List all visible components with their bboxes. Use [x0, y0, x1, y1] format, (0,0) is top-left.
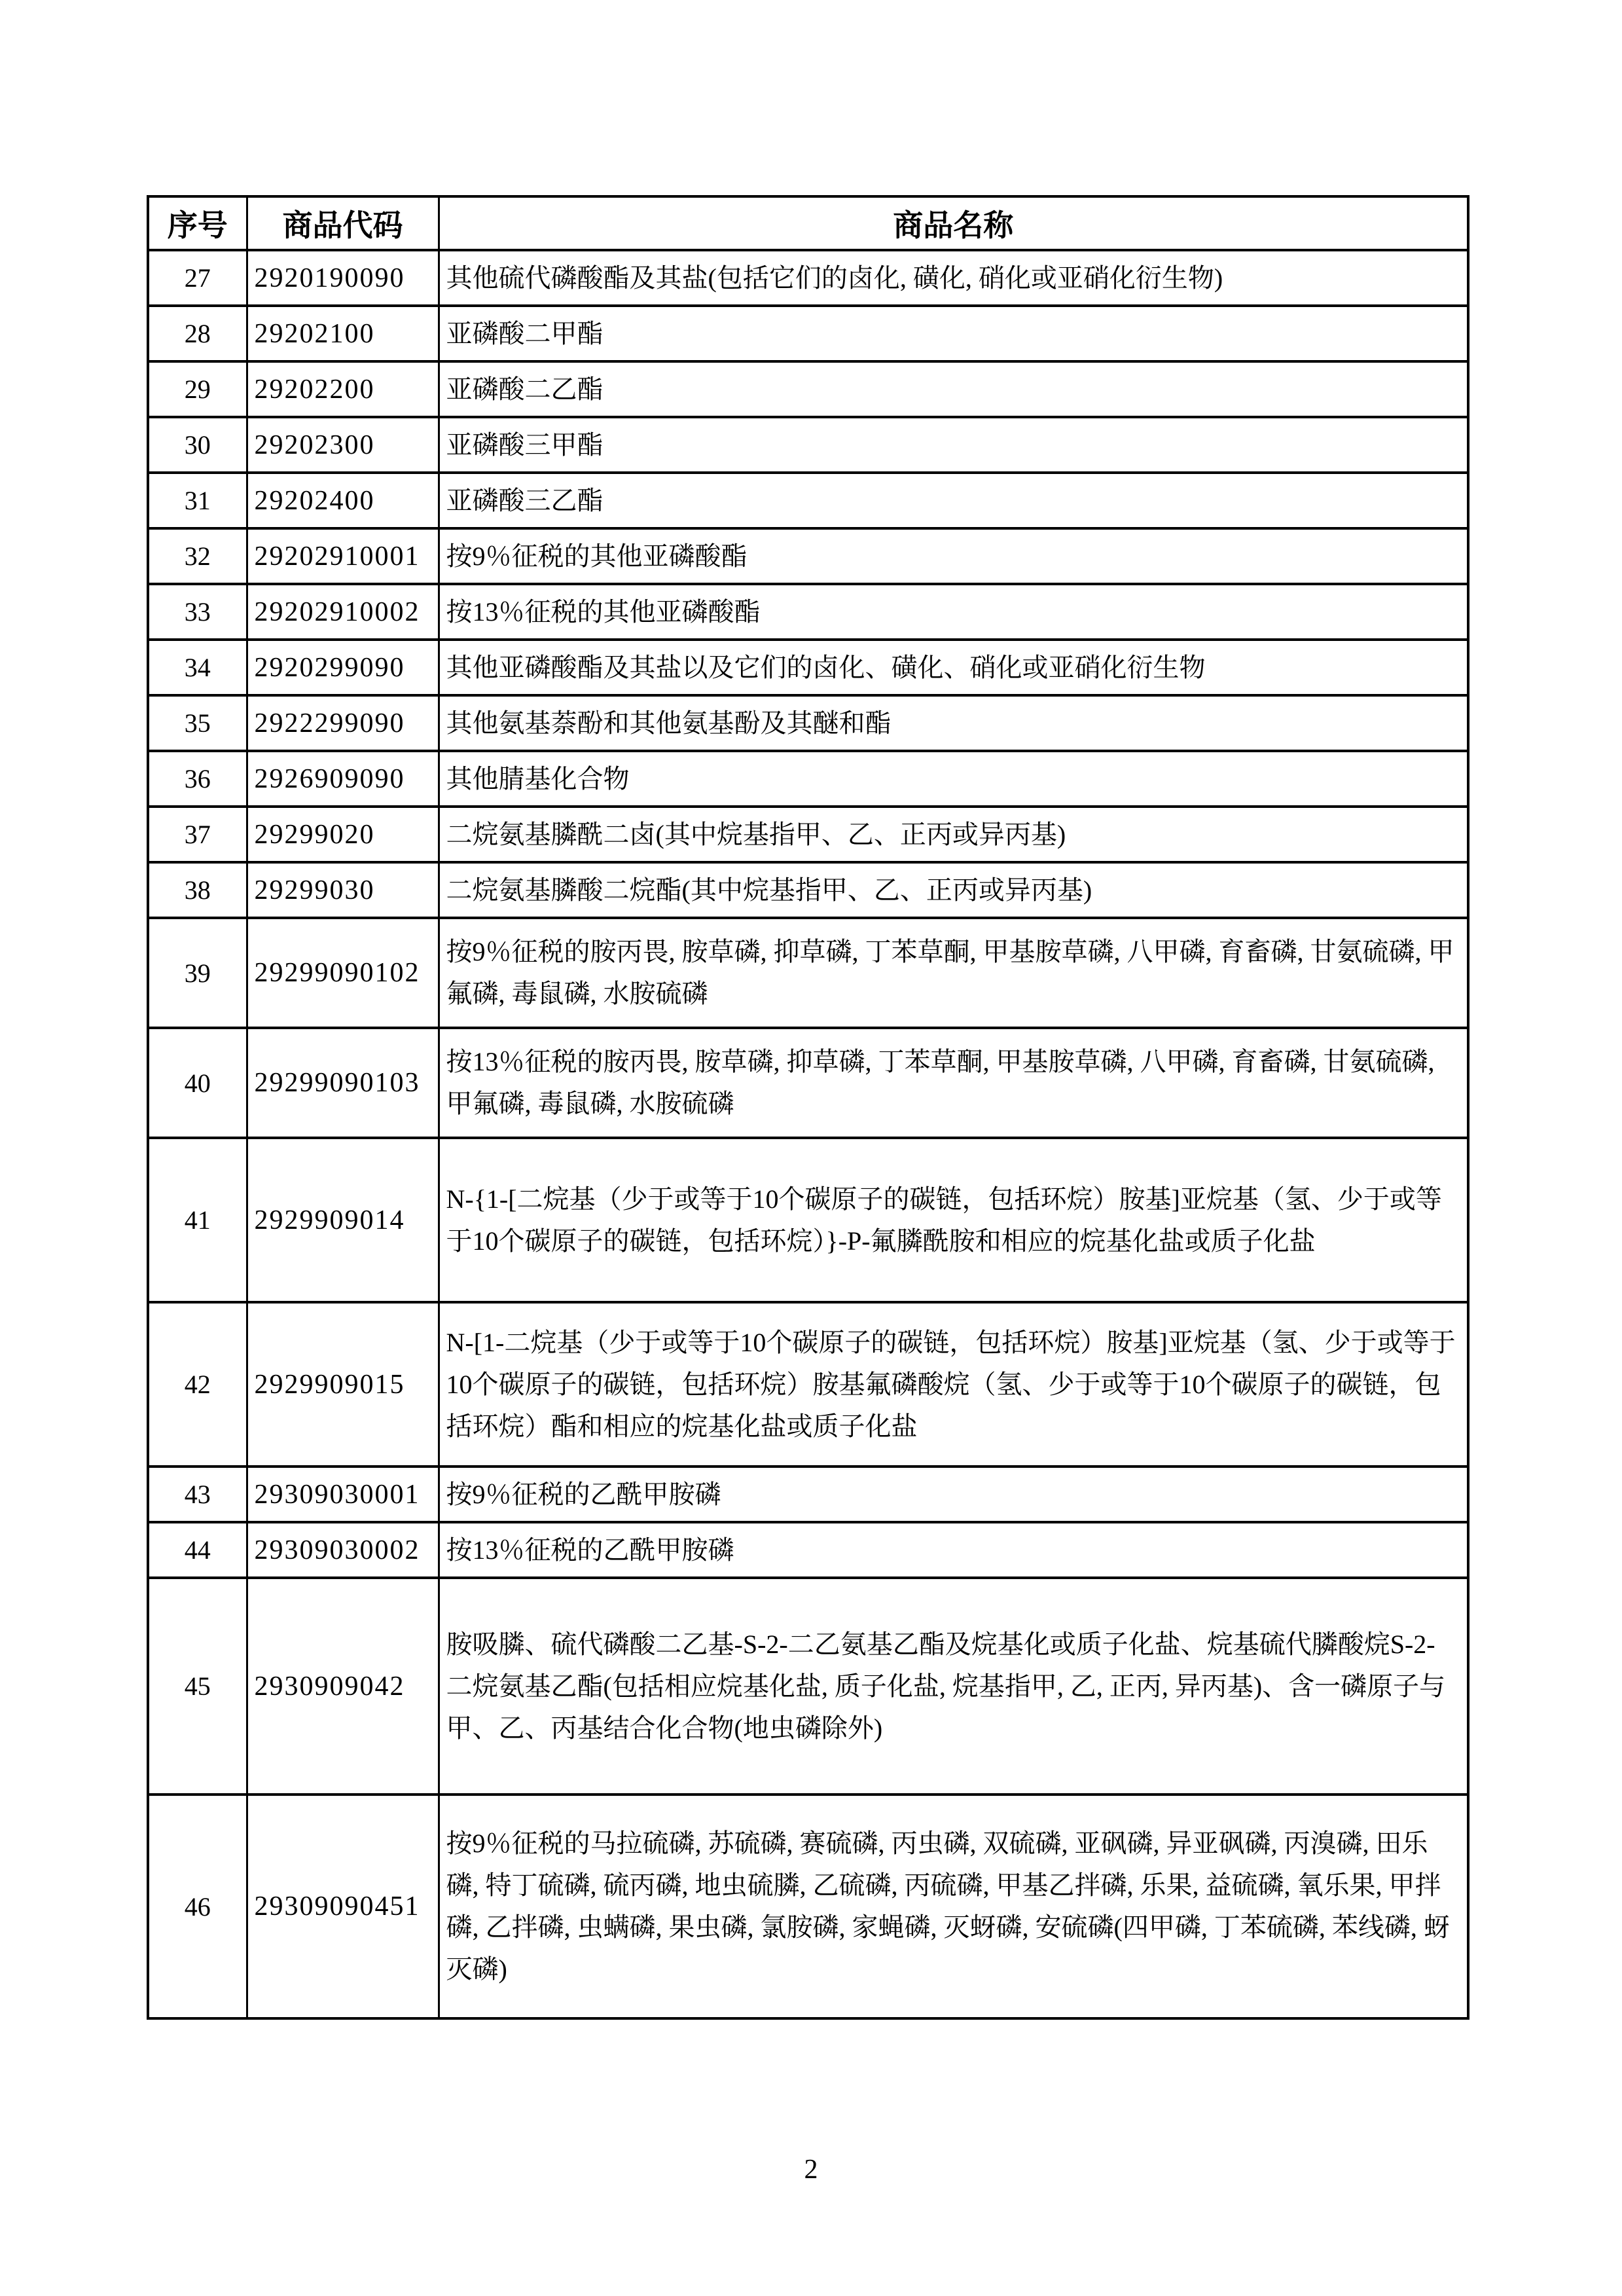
serial-cell: 45	[148, 1578, 247, 1795]
serial-cell: 31	[148, 473, 247, 528]
serial-cell: 29	[148, 361, 247, 417]
name-cell: 其他腈基化合物	[439, 751, 1468, 807]
serial-cell: 28	[148, 306, 247, 361]
table-row: 362926909090其他腈基化合物	[148, 751, 1468, 807]
name-cell: 按13％征税的胺丙畏, 胺草磷, 抑草磷, 丁苯草酮, 甲基胺草磷, 八甲磷, …	[439, 1028, 1468, 1138]
name-cell: 胺吸膦、硫代磷酸二乙基-S-2-二乙氨基乙酯及烷基化或质子化盐、烷基硫代膦酸烷S…	[439, 1578, 1468, 1795]
name-cell: 按9％征税的其他亚磷酸酯	[439, 528, 1468, 584]
table-row: 3929299090102按9％征税的胺丙畏, 胺草磷, 抑草磷, 丁苯草酮, …	[148, 918, 1468, 1028]
col-header-code: 商品代码	[247, 196, 439, 250]
name-cell: 其他氨基萘酚和其他氨基酚及其醚和酯	[439, 695, 1468, 751]
code-cell: 29299090102	[247, 918, 439, 1028]
table-row: 452930909042胺吸膦、硫代磷酸二乙基-S-2-二乙氨基乙酯及烷基化或质…	[148, 1578, 1468, 1795]
code-cell: 29202400	[247, 473, 439, 528]
serial-cell: 40	[148, 1028, 247, 1138]
table-row: 4329309030001按9％征税的乙酰甲胺磷	[148, 1467, 1468, 1522]
serial-cell: 30	[148, 417, 247, 473]
table-row: 412929909014N-{1-[二烷基（少于或等于10个碳原子的碳链，包括环…	[148, 1138, 1468, 1302]
header-row: 序号 商品代码 商品名称	[148, 196, 1468, 250]
name-cell: 其他亚磷酸酯及其盐以及它们的卤化、磺化、硝化或亚硝化衍生物	[439, 640, 1468, 695]
serial-cell: 36	[148, 751, 247, 807]
serial-cell: 27	[148, 250, 247, 306]
col-header-serial: 序号	[148, 196, 247, 250]
serial-cell: 44	[148, 1522, 247, 1578]
table-row: 342920299090其他亚磷酸酯及其盐以及它们的卤化、磺化、硝化或亚硝化衍生…	[148, 640, 1468, 695]
serial-cell: 41	[148, 1138, 247, 1302]
name-cell: 按13％征税的乙酰甲胺磷	[439, 1522, 1468, 1578]
table-row: 352922299090其他氨基萘酚和其他氨基酚及其醚和酯	[148, 695, 1468, 751]
code-cell: 2926909090	[247, 751, 439, 807]
code-cell: 29202200	[247, 361, 439, 417]
code-cell: 29309090451	[247, 1795, 439, 2018]
code-cell: 2920299090	[247, 640, 439, 695]
table-row: 2829202100亚磷酸二甲酯	[148, 306, 1468, 361]
serial-cell: 43	[148, 1467, 247, 1522]
name-cell: 二烷氨基膦酸二烷酯(其中烷基指甲、乙、正丙或异丙基)	[439, 862, 1468, 918]
code-cell: 2930909042	[247, 1578, 439, 1795]
code-cell: 29309030002	[247, 1522, 439, 1578]
serial-cell: 33	[148, 584, 247, 640]
document-page: 序号 商品代码 商品名称 272920190090其他硫代磷酸酯及其盐(包括它们…	[0, 0, 1622, 2296]
code-cell: 29202910002	[247, 584, 439, 640]
table-row: 4429309030002按13％征税的乙酰甲胺磷	[148, 1522, 1468, 1578]
table-row: 272920190090其他硫代磷酸酯及其盐(包括它们的卤化, 磺化, 硝化或亚…	[148, 250, 1468, 306]
code-cell: 29309030001	[247, 1467, 439, 1522]
serial-cell: 35	[148, 695, 247, 751]
table-row: 3229202910001按9％征税的其他亚磷酸酯	[148, 528, 1468, 584]
goods-table: 序号 商品代码 商品名称 272920190090其他硫代磷酸酯及其盐(包括它们…	[147, 195, 1469, 2020]
table-row: 3029202300亚磷酸三甲酯	[148, 417, 1468, 473]
table-row: 3729299020二烷氨基膦酰二卤(其中烷基指甲、乙、正丙或异丙基)	[148, 807, 1468, 862]
name-cell: N-{1-[二烷基（少于或等于10个碳原子的碳链，包括环烷）胺基]亚烷基（氢、少…	[439, 1138, 1468, 1302]
table-row: 4629309090451按9％征税的马拉硫磷, 苏硫磷, 赛硫磷, 丙虫磷, …	[148, 1795, 1468, 2018]
serial-cell: 46	[148, 1795, 247, 2018]
col-header-name: 商品名称	[439, 196, 1468, 250]
code-cell: 2929909015	[247, 1302, 439, 1467]
code-cell: 2922299090	[247, 695, 439, 751]
name-cell: 二烷氨基膦酰二卤(其中烷基指甲、乙、正丙或异丙基)	[439, 807, 1468, 862]
page-number: 2	[0, 2154, 1622, 2185]
name-cell: 亚磷酸二乙酯	[439, 361, 1468, 417]
table-row: 2929202200亚磷酸二乙酯	[148, 361, 1468, 417]
code-cell: 29202910001	[247, 528, 439, 584]
code-cell: 29299020	[247, 807, 439, 862]
name-cell: 按13％征税的其他亚磷酸酯	[439, 584, 1468, 640]
code-cell: 29299090103	[247, 1028, 439, 1138]
name-cell: 其他硫代磷酸酯及其盐(包括它们的卤化, 磺化, 硝化或亚硝化衍生物)	[439, 250, 1468, 306]
table-row: 3129202400亚磷酸三乙酯	[148, 473, 1468, 528]
serial-cell: 39	[148, 918, 247, 1028]
code-cell: 29202100	[247, 306, 439, 361]
table-row: 3329202910002按13％征税的其他亚磷酸酯	[148, 584, 1468, 640]
serial-cell: 32	[148, 528, 247, 584]
name-cell: 亚磷酸三甲酯	[439, 417, 1468, 473]
name-cell: 按9％征税的乙酰甲胺磷	[439, 1467, 1468, 1522]
serial-cell: 34	[148, 640, 247, 695]
table-row: 4029299090103按13％征税的胺丙畏, 胺草磷, 抑草磷, 丁苯草酮,…	[148, 1028, 1468, 1138]
name-cell: 按9％征税的胺丙畏, 胺草磷, 抑草磷, 丁苯草酮, 甲基胺草磷, 八甲磷, 育…	[439, 918, 1468, 1028]
code-cell: 2920190090	[247, 250, 439, 306]
serial-cell: 42	[148, 1302, 247, 1467]
code-cell: 29202300	[247, 417, 439, 473]
name-cell: 亚磷酸二甲酯	[439, 306, 1468, 361]
name-cell: N-[1-二烷基（少于或等于10个碳原子的碳链，包括环烷）胺基]亚烷基（氢、少于…	[439, 1302, 1468, 1467]
name-cell: 按9％征税的马拉硫磷, 苏硫磷, 赛硫磷, 丙虫磷, 双硫磷, 亚砜磷, 异亚砜…	[439, 1795, 1468, 2018]
serial-cell: 38	[148, 862, 247, 918]
table-row: 422929909015N-[1-二烷基（少于或等于10个碳原子的碳链，包括环烷…	[148, 1302, 1468, 1467]
serial-cell: 37	[148, 807, 247, 862]
code-cell: 2929909014	[247, 1138, 439, 1302]
name-cell: 亚磷酸三乙酯	[439, 473, 1468, 528]
code-cell: 29299030	[247, 862, 439, 918]
table-row: 3829299030二烷氨基膦酸二烷酯(其中烷基指甲、乙、正丙或异丙基)	[148, 862, 1468, 918]
